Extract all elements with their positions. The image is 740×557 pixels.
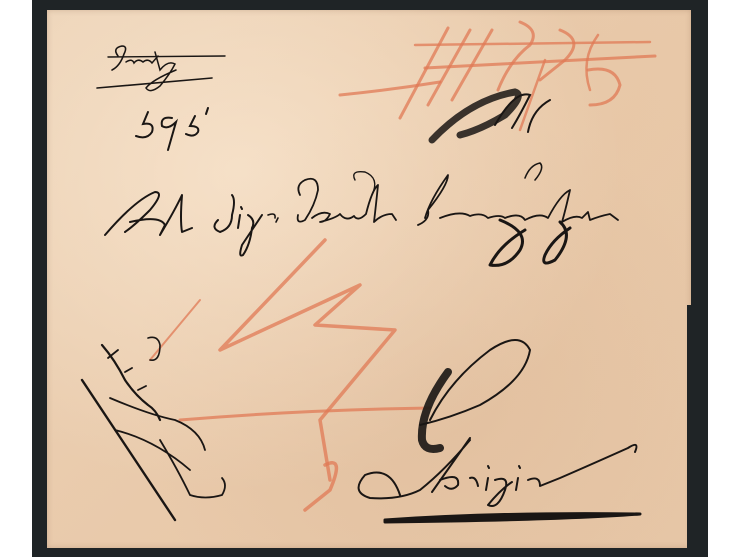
red-crayon-crossed-marks bbox=[340, 22, 655, 130]
destination-gorizia bbox=[359, 340, 640, 522]
address-line-recipient bbox=[105, 163, 618, 265]
side-note-manuscript bbox=[82, 337, 225, 520]
red-crayon-rate-mark bbox=[150, 240, 430, 510]
manuscript-number-595 bbox=[136, 108, 208, 150]
handwriting-layer bbox=[0, 0, 740, 557]
origin-manuscript-gratz bbox=[97, 46, 225, 91]
